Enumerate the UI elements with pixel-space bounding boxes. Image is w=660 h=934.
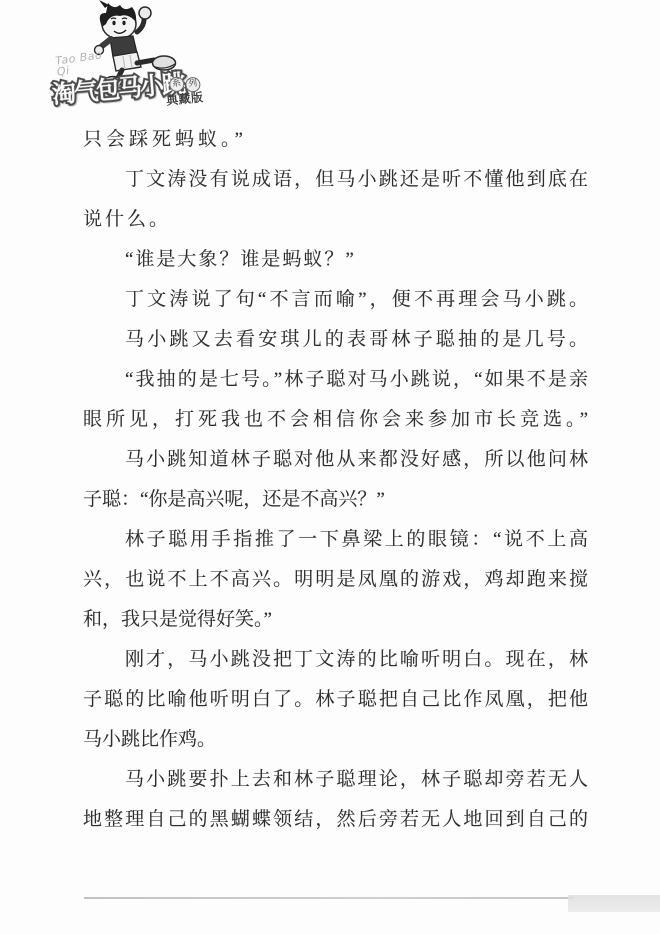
text-line: 地整理自己的黑蝴蝶领结，然后旁若无人地回到自己的	[83, 800, 588, 840]
edition-label: 典藏版	[165, 88, 204, 109]
series-title: 淘气包马小跳	[51, 70, 185, 107]
text-line: 马小跳比作鸡。	[83, 720, 588, 760]
text-line: 子聪：“你是高兴呢，还是不高兴？”	[83, 480, 588, 520]
text-line: “我抽的是七号。”林子聪对马小跳说，“如果不是亲	[83, 360, 588, 400]
text-line: 丁文涛说了句“不言而喻”，便不再理会马小跳。	[83, 280, 588, 320]
footer-rule	[84, 897, 574, 899]
text-line: 马小跳又去看安琪儿的表哥林子聪抽的是几号。	[83, 320, 588, 360]
scan-smudge	[568, 895, 660, 912]
text-line: 只会踩死蚂蚁。”	[83, 120, 588, 160]
text-line: “谁是大象？谁是蚂蚁？”	[83, 240, 588, 280]
text-line: 刚才，马小跳没把丁文涛的比喻听明白。现在，林	[83, 640, 588, 680]
text-line: 子聪的比喻他听明白了。林子聪把自己比作凤凰，把他	[83, 680, 588, 720]
book-logo: Tao Bao Qi 淘气包马小跳 系列 典藏版	[0, 0, 220, 125]
text-line: 林子聪用手指推了一下鼻梁上的眼镜：“说不上高	[83, 520, 588, 560]
text-line: 丁文涛没有说成语，但马小跳还是听不懂他到底在	[83, 160, 588, 200]
page-text: 只会踩死蚂蚁。”丁文涛没有说成语，但马小跳还是听不懂他到底在说什么。“谁是大象？…	[83, 120, 588, 840]
book-page: Tao Bao Qi 淘气包马小跳 系列 典藏版 只会踩死蚂蚁。”丁文涛没有说成…	[0, 0, 660, 934]
text-line: 眼所见，打死我也不会相信你会来参加市长竞选。”	[83, 400, 588, 440]
text-line: 马小跳要扑上去和林子聪理论，林子聪却旁若无人	[83, 760, 588, 800]
text-line: 兴，也说不上不高兴。明明是凤凰的游戏，鸡却跑来搅	[83, 560, 588, 600]
text-line: 和，我只是觉得好笑。”	[83, 600, 588, 640]
text-line: 马小跳知道林子聪对他从来都没好感，所以他问林	[83, 440, 588, 480]
text-line: 说什么。	[83, 200, 588, 240]
